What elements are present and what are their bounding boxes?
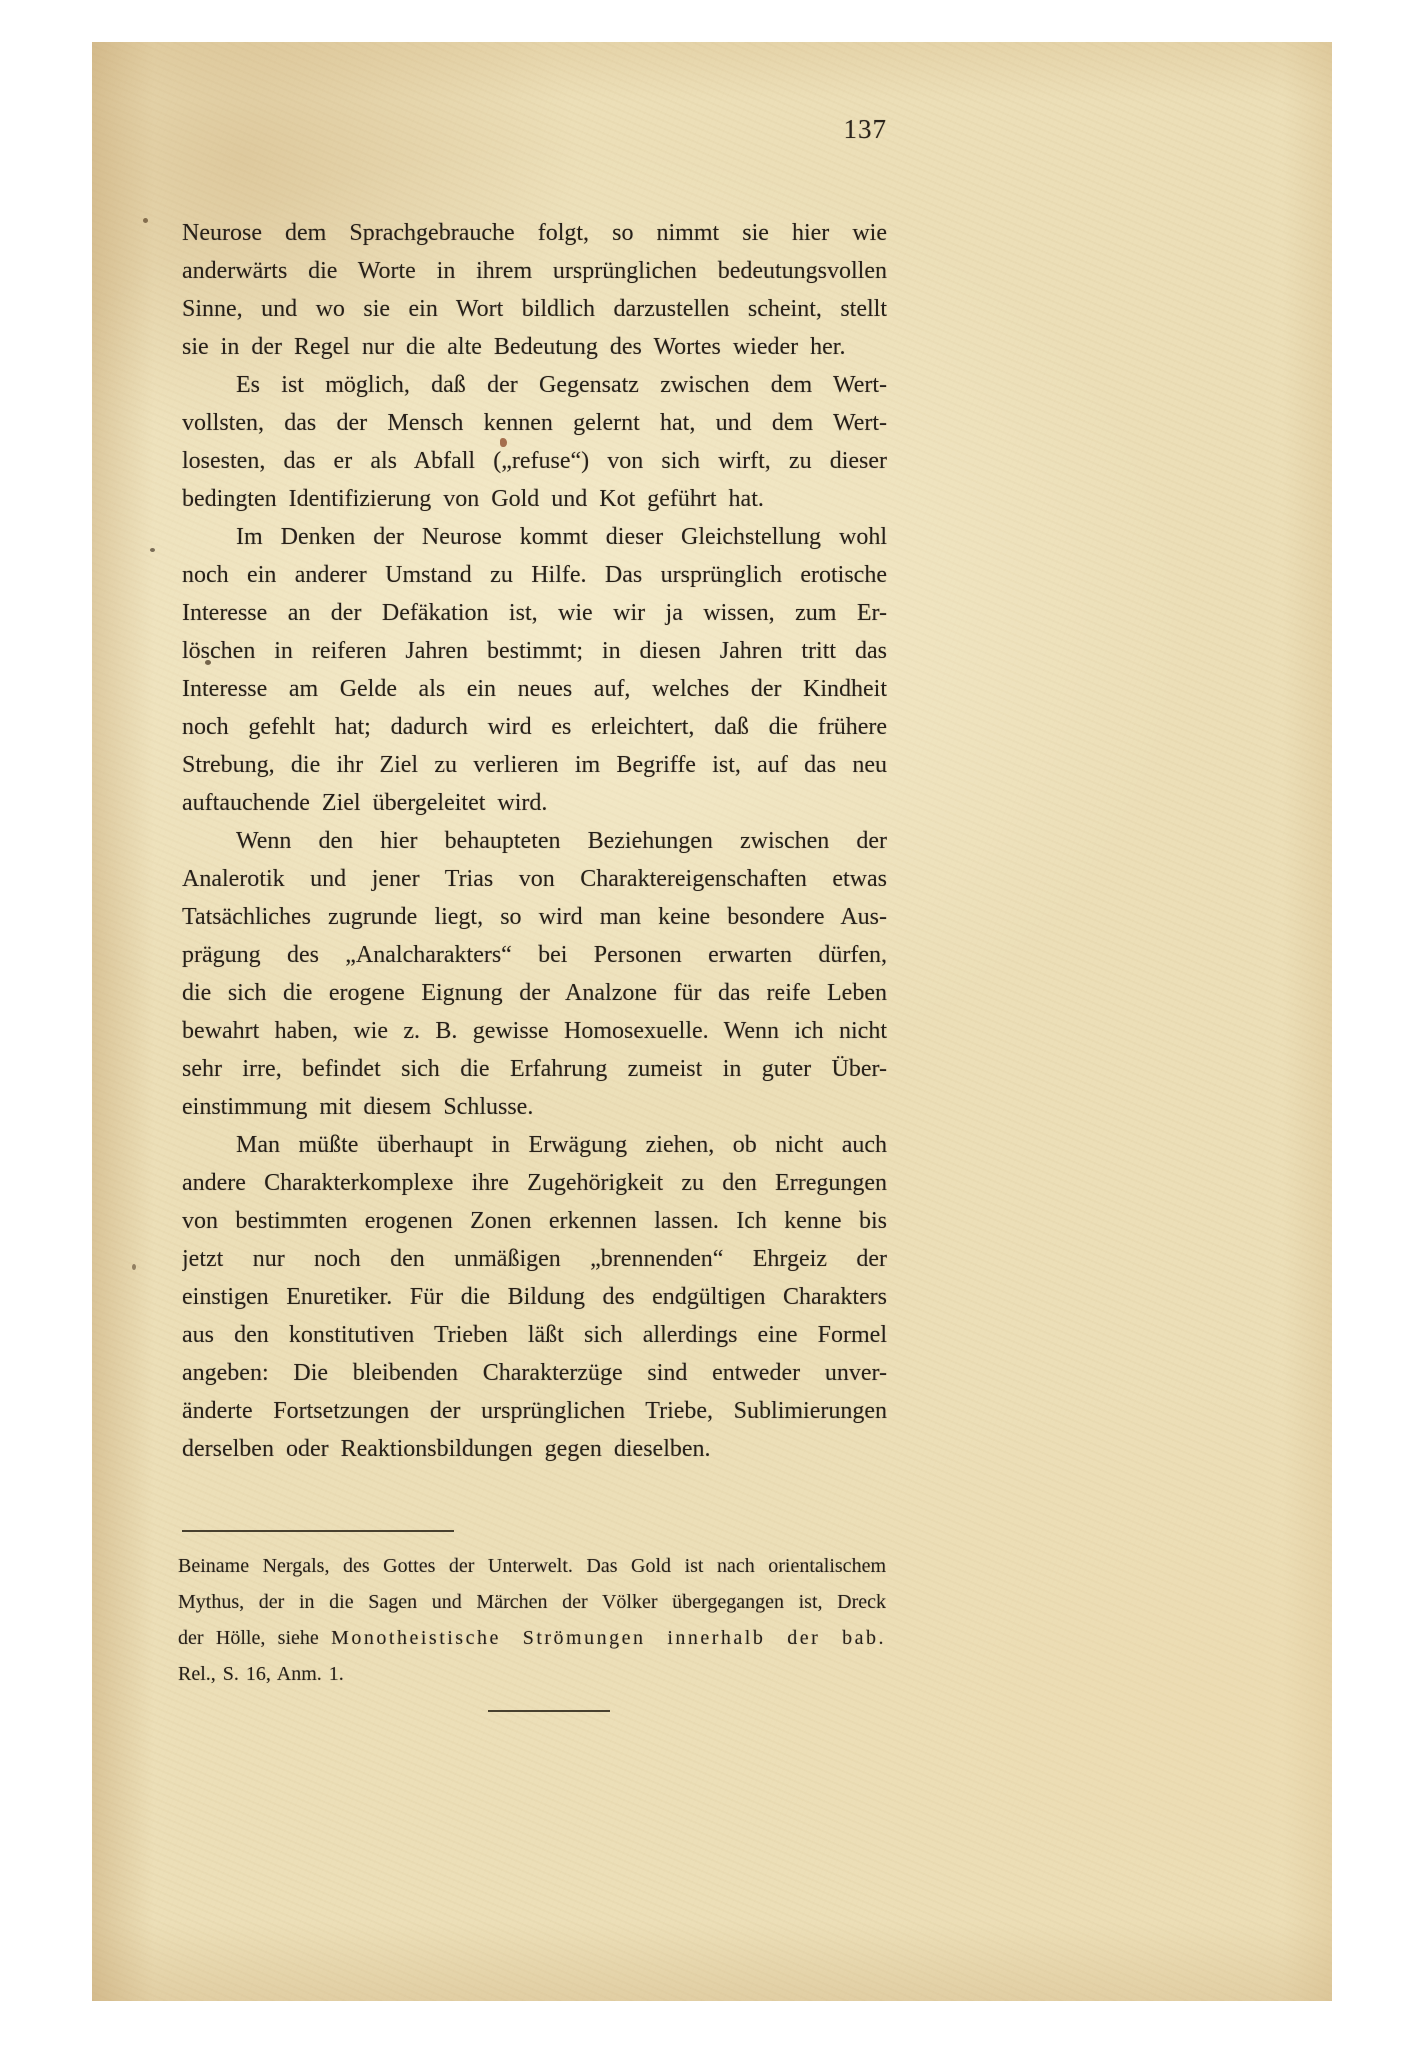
text-line: derselben oder Reaktionsbildungen gegen … (182, 1430, 887, 1468)
text-line: Neurose dem Sprachgebrauche folgt, so ni… (182, 214, 887, 252)
text-line: jetzt nur noch den unmäßigen „brennenden… (182, 1240, 887, 1278)
footnote-line: der Hölle, siehe Monotheistische Strömun… (178, 1620, 886, 1656)
text-line: vollsten, das der Mensch kennen gelernt … (182, 404, 887, 442)
paragraph: Man müßte überhaupt in Erwägung ziehen, … (182, 1126, 887, 1468)
text-line: Im Denken der Neurose kommt dieser Gleic… (182, 518, 887, 556)
footnote-segment: der Hölle, siehe (178, 1627, 331, 1649)
footnote-text: Beiname Nergals, des Gottes der Unterwel… (178, 1548, 886, 1692)
scanned-book-page: 137 Neurose dem Sprachgebrauche folgt, s… (92, 42, 1332, 2001)
text-line: Interesse an der Defäkation ist, wie wir… (182, 594, 887, 632)
footnote-line: Beiname Nergals, des Gottes der Unterwel… (178, 1548, 886, 1584)
paper-speck (143, 218, 148, 223)
footnote-emphasis-spaced: Monotheistische Strömungen innerhalb der… (331, 1627, 886, 1649)
text-line: Wenn den hier behaupteten Beziehungen zw… (182, 822, 887, 860)
text-line: Strebung, die ihr Ziel zu verlieren im B… (182, 746, 887, 784)
text-line: Sinne, und wo sie ein Wort bildlich darz… (182, 290, 887, 328)
text-line: prägung des „Analcharakters“ bei Persone… (182, 936, 887, 974)
text-line: aus den konstitutiven Trieben läßt sich … (182, 1316, 887, 1354)
paper-speck (500, 438, 507, 447)
text-line: sie in der Regel nur die alte Bedeutung … (182, 328, 887, 366)
end-of-text-rule (488, 1710, 610, 1712)
body-text: Neurose dem Sprachgebrauche folgt, so ni… (182, 214, 887, 1468)
paper-speck (132, 1264, 136, 1270)
text-line: Analerotik und jener Trias von Charakter… (182, 860, 887, 898)
text-line: Interesse am Gelde als ein neues auf, we… (182, 670, 887, 708)
footnote-separator-rule (182, 1530, 454, 1532)
footnote-segment: Rel., S. 16, Anm. 1. (178, 1663, 344, 1685)
paper-speck (205, 660, 211, 665)
text-line: löschen in reiferen Jahren bestimmt; in … (182, 632, 887, 670)
text-line: änderte Fortsetzungen der ursprünglichen… (182, 1392, 887, 1430)
footnote-segment: Mythus, der in die Sagen und Märchen der… (178, 1591, 886, 1613)
text-line: losesten, das er als Abfall („refuse“) v… (182, 442, 887, 480)
paper-speck (150, 548, 155, 552)
text-line: bewahrt haben, wie z. B. gewisse Homosex… (182, 1012, 887, 1050)
text-line: noch ein anderer Umstand zu Hilfe. Das u… (182, 556, 887, 594)
text-line: einstigen Enuretiker. Für die Bildung de… (182, 1278, 887, 1316)
paragraph: Wenn den hier behaupteten Beziehungen zw… (182, 822, 887, 1126)
paragraph: Im Denken der Neurose kommt dieser Gleic… (182, 518, 887, 822)
text-line: bedingten Identifizierung von Gold und K… (182, 480, 887, 518)
text-line: andere Charakterkomplexe ihre Zugehörigk… (182, 1164, 887, 1202)
text-line: angeben: Die bleibenden Charakterzüge si… (182, 1354, 887, 1392)
text-line: noch gefehlt hat; dadurch wird es erleic… (182, 708, 887, 746)
text-line: Es ist möglich, daß der Gegensatz zwisch… (182, 366, 887, 404)
scan-canvas: { "colors": { "paper": "#ecdfb8", "ink":… (0, 0, 1415, 2053)
text-line: Man müßte überhaupt in Erwägung ziehen, … (182, 1126, 887, 1164)
footnote-segment: Beiname Nergals, des Gottes der Unterwel… (178, 1555, 886, 1577)
paragraph: Neurose dem Sprachgebrauche folgt, so ni… (182, 214, 887, 366)
text-line: sehr irre, befindet sich die Erfahrung z… (182, 1050, 887, 1088)
footnote-line: Mythus, der in die Sagen und Märchen der… (178, 1584, 886, 1620)
text-line: von bestimmten erogenen Zonen erkennen l… (182, 1202, 887, 1240)
page-number: 137 (182, 114, 887, 145)
text-line: die sich die erogene Eignung der Analzon… (182, 974, 887, 1012)
text-line: auftauchende Ziel übergeleitet wird. (182, 784, 887, 822)
footnote-line: Rel., S. 16, Anm. 1. (178, 1656, 886, 1692)
text-line: Tatsächliches zugrunde liegt, so wird ma… (182, 898, 887, 936)
text-line: anderwärts die Worte in ihrem ursprüngli… (182, 252, 887, 290)
paragraph: Es ist möglich, daß der Gegensatz zwisch… (182, 366, 887, 518)
text-line: einstimmung mit diesem Schlusse. (182, 1088, 887, 1126)
